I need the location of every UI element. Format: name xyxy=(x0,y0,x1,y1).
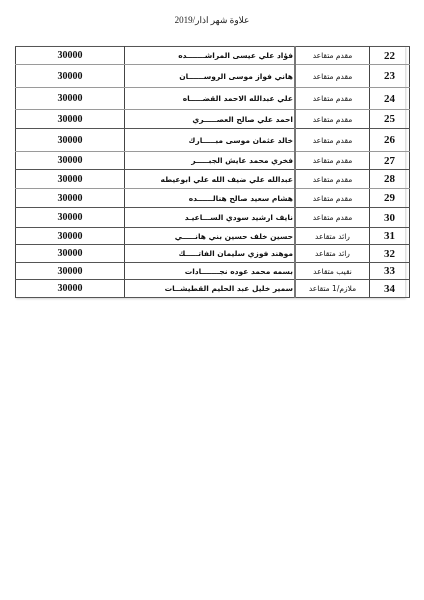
amount-cell: 30000 xyxy=(16,208,125,228)
table-row: 30000 نايف ارشيد سودي الســـاعيـد مقدم م… xyxy=(16,208,410,228)
amount-cell: 30000 xyxy=(16,170,125,189)
table-row: 30000 خالد عثمان موسى مبـــــارك مقدم مت… xyxy=(16,129,410,152)
name-cell: احمد علي صالح العصـــــري xyxy=(125,110,296,129)
row-number-cell: 22 xyxy=(370,47,410,65)
rank-cell: ملازم/1 متقاعد xyxy=(295,280,370,298)
row-number-cell: 34 xyxy=(370,280,410,298)
name-cell: عبدالله علي ضيف الله علي ابوعيطه xyxy=(125,170,296,189)
name-cell: نايف ارشيد سودي الســـاعيـد xyxy=(125,208,296,228)
name-cell: فؤاد علي عيسى المراشـــــــده xyxy=(125,47,296,65)
table-row: 30000 علي عبدالله الاحمد القضـــــاه مقد… xyxy=(16,88,410,110)
rank-cell: مقدم متقاعد xyxy=(295,88,370,110)
rank-cell: مقدم متقاعد xyxy=(295,170,370,189)
amount-cell: 30000 xyxy=(16,228,125,245)
name-cell: بسمه محمد عوده نجـــــــادات xyxy=(125,263,296,280)
table-row: 30000 عبدالله علي ضيف الله علي ابوعيطه م… xyxy=(16,170,410,189)
name-cell: سمير خليل عبد الحليم القطيشــات xyxy=(125,280,296,298)
amount-cell: 30000 xyxy=(16,65,125,88)
row-number-cell: 32 xyxy=(370,245,410,263)
row-number-cell: 26 xyxy=(370,129,410,152)
allowance-table: 30000 فؤاد علي عيسى المراشـــــــده مقدم… xyxy=(15,46,410,298)
row-number-cell: 33 xyxy=(370,263,410,280)
amount-cell: 30000 xyxy=(16,245,125,263)
amount-cell: 30000 xyxy=(16,129,125,152)
table-row: 30000 هاني فواز موسى الروســــــان مقدم … xyxy=(16,65,410,88)
rank-cell: نقيب متقاعد xyxy=(295,263,370,280)
amount-cell: 30000 xyxy=(16,110,125,129)
allowance-table-container: 30000 فؤاد علي عيسى المراشـــــــده مقدم… xyxy=(15,46,405,298)
table-row: 30000 فؤاد علي عيسى المراشـــــــده مقدم… xyxy=(16,47,410,65)
rank-cell: مقدم متقاعد xyxy=(295,47,370,65)
rank-cell: مقدم متقاعد xyxy=(295,208,370,228)
page-header-title: علاوة شهر اذار/2019 xyxy=(0,15,424,26)
row-number-cell: 31 xyxy=(370,228,410,245)
rank-cell: رائد متقاعد xyxy=(295,228,370,245)
amount-cell: 30000 xyxy=(16,280,125,298)
row-number-cell: 29 xyxy=(370,189,410,208)
row-number-cell: 23 xyxy=(370,65,410,88)
rank-cell: مقدم متقاعد xyxy=(295,65,370,88)
name-cell: علي عبدالله الاحمد القضـــــاه xyxy=(125,88,296,110)
rank-cell: مقدم متقاعد xyxy=(295,189,370,208)
table-row: 30000 فخري محمد عايش الجبـــــر مقدم متق… xyxy=(16,152,410,170)
name-cell: فخري محمد عايش الجبـــــر xyxy=(125,152,296,170)
amount-cell: 30000 xyxy=(16,47,125,65)
row-number-cell: 24 xyxy=(370,88,410,110)
rank-cell: مقدم متقاعد xyxy=(295,110,370,129)
rank-cell: مقدم متقاعد xyxy=(295,129,370,152)
table-row: 30000 هشام سعيد صالح هنالــــــده مقدم م… xyxy=(16,189,410,208)
row-number-cell: 28 xyxy=(370,170,410,189)
name-cell: حسين خلف حسين بني هانـــــي xyxy=(125,228,296,245)
row-number-cell: 25 xyxy=(370,110,410,129)
amount-cell: 30000 xyxy=(16,263,125,280)
table-row: 30000 حسين خلف حسين بني هانـــــي رائد م… xyxy=(16,228,410,245)
amount-cell: 30000 xyxy=(16,88,125,110)
row-number-cell: 27 xyxy=(370,152,410,170)
table-body: 30000 فؤاد علي عيسى المراشـــــــده مقدم… xyxy=(16,47,410,298)
name-cell: هاني فواز موسى الروســــــان xyxy=(125,65,296,88)
amount-cell: 30000 xyxy=(16,189,125,208)
rank-cell: مقدم متقاعد xyxy=(295,152,370,170)
name-cell: موهند فوزي سليمان الفاتـــــك xyxy=(125,245,296,263)
name-cell: خالد عثمان موسى مبـــــارك xyxy=(125,129,296,152)
table-row: 30000 موهند فوزي سليمان الفاتـــــك رائد… xyxy=(16,245,410,263)
table-row: 30000 سمير خليل عبد الحليم القطيشــات مل… xyxy=(16,280,410,298)
table-row: 30000 بسمه محمد عوده نجـــــــادات نقيب … xyxy=(16,263,410,280)
amount-cell: 30000 xyxy=(16,152,125,170)
name-cell: هشام سعيد صالح هنالــــــده xyxy=(125,189,296,208)
rank-cell: رائد متقاعد xyxy=(295,245,370,263)
table-row: 30000 احمد علي صالح العصـــــري مقدم متق… xyxy=(16,110,410,129)
row-number-cell: 30 xyxy=(370,208,410,228)
